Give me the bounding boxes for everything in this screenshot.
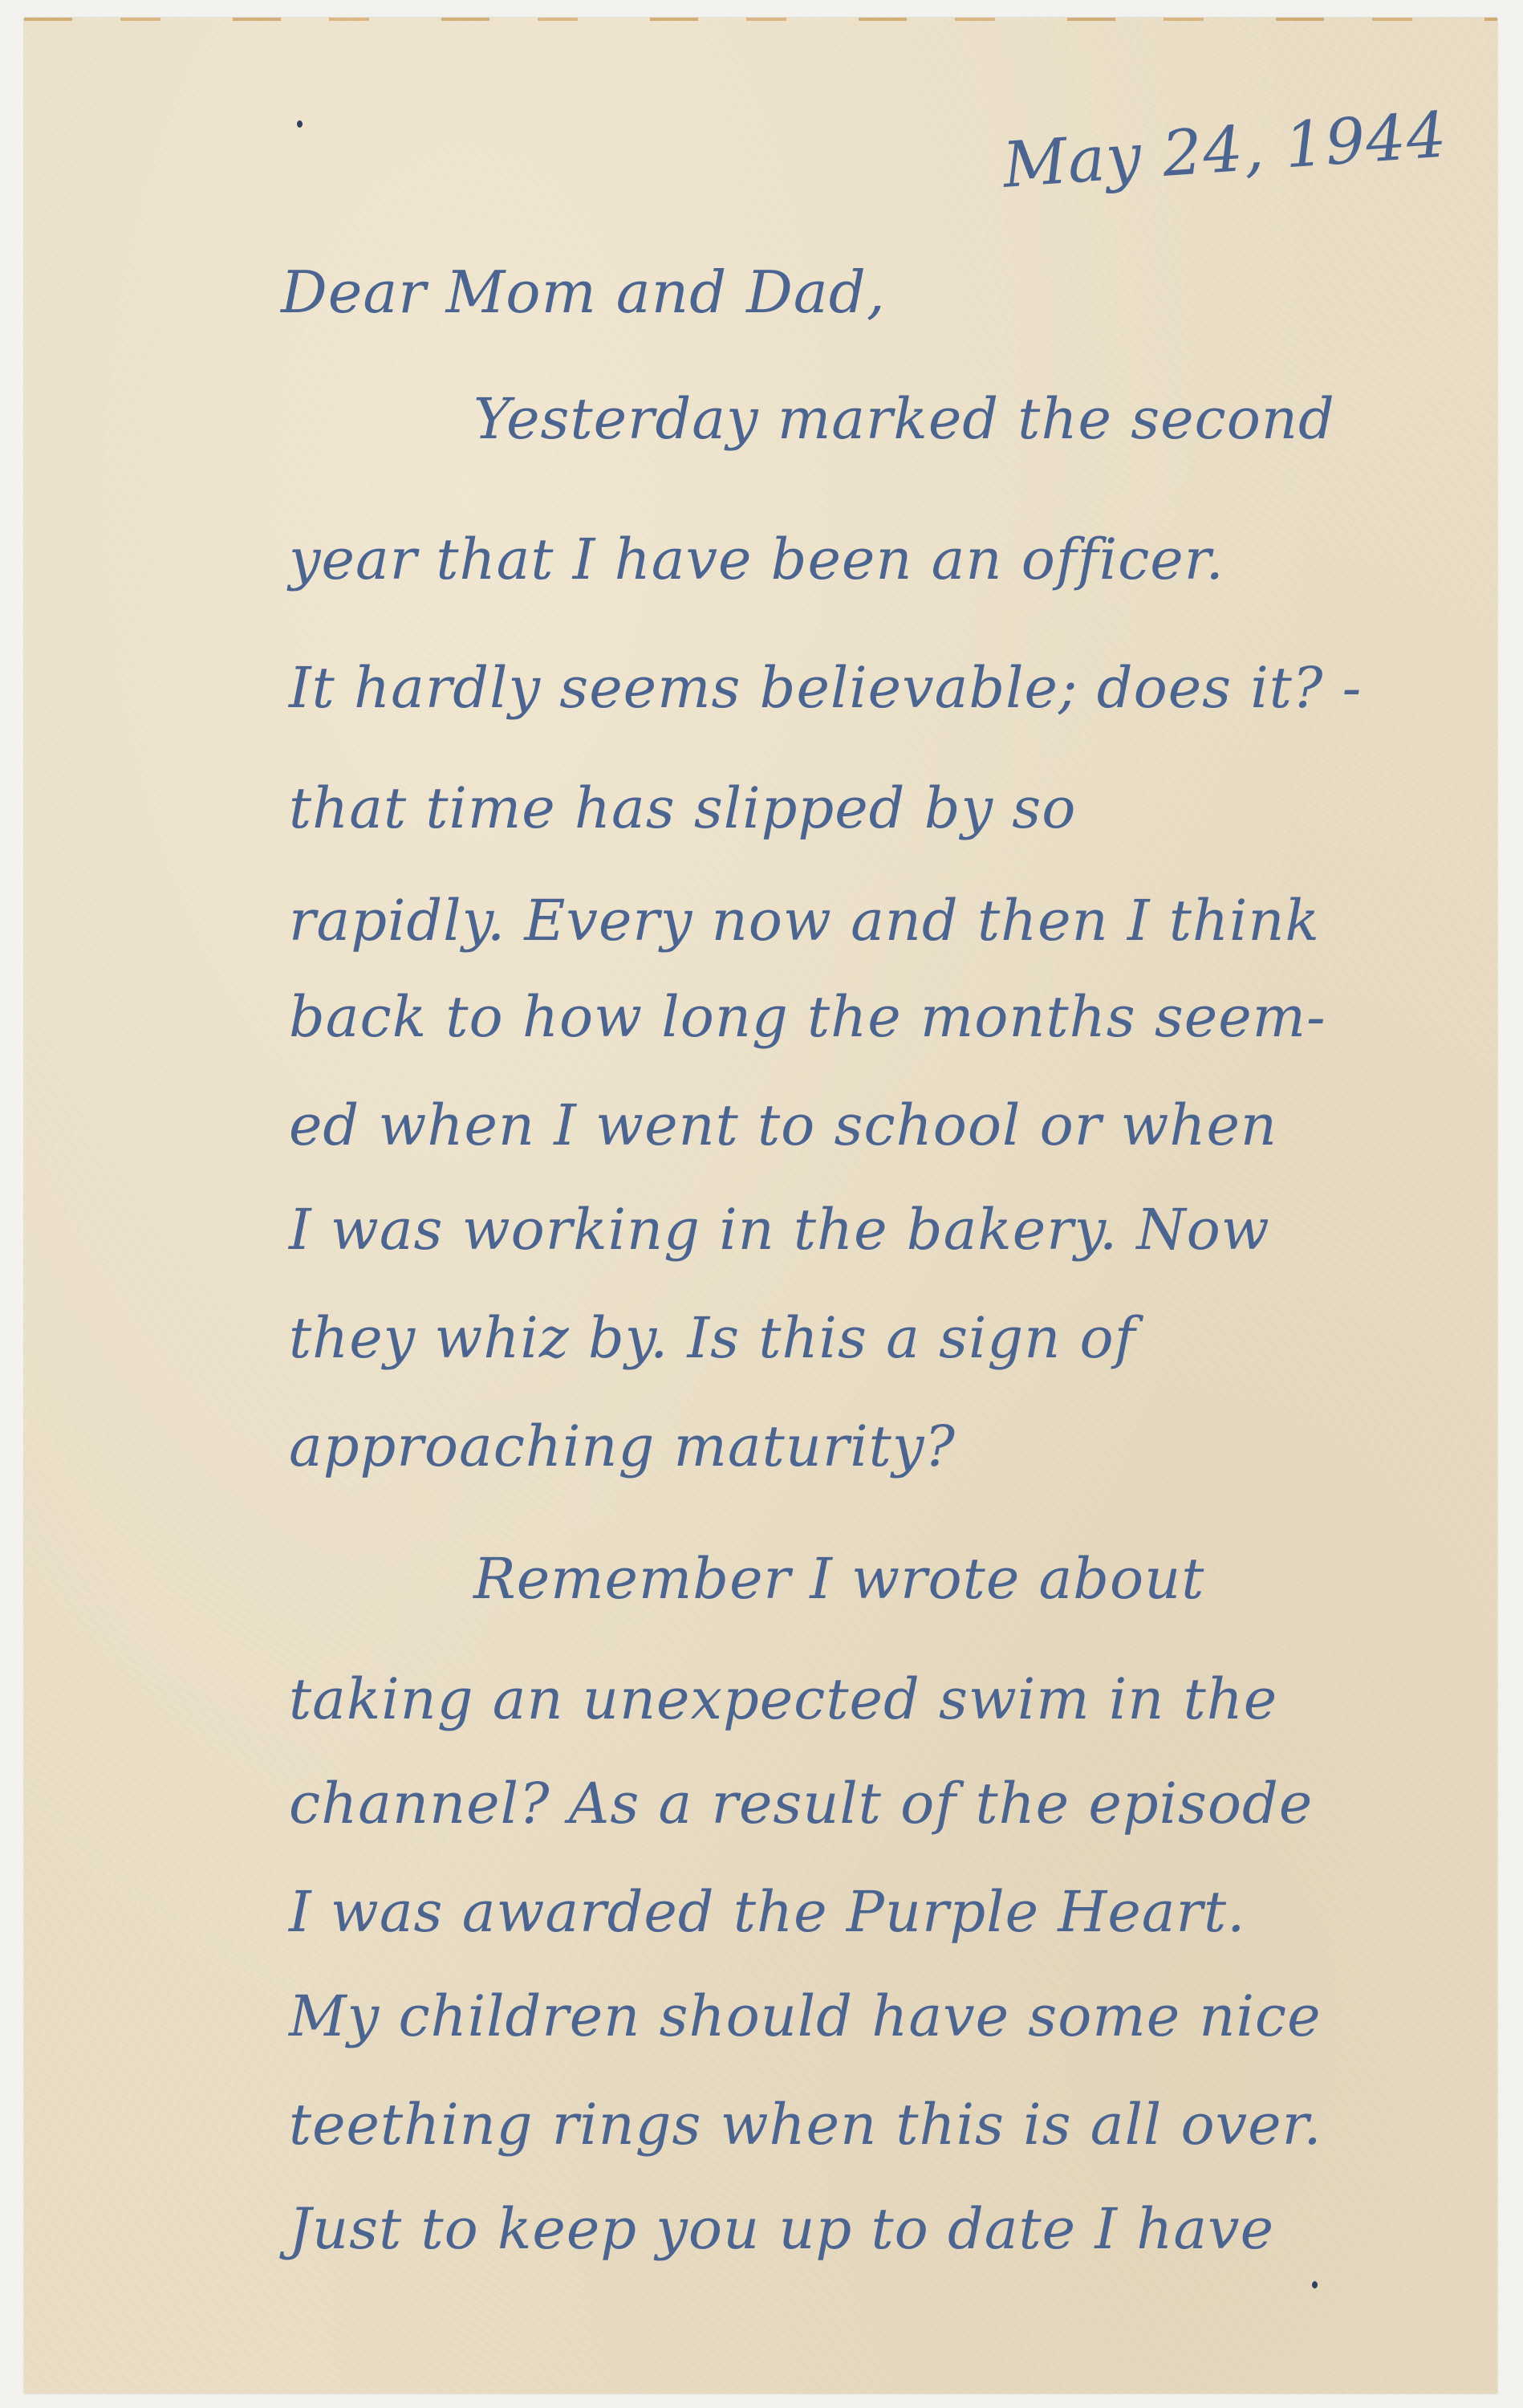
- ink-speck: [297, 120, 303, 128]
- letter-line: taking an unexpected swim in the: [289, 1671, 1277, 1727]
- letter-line: year that I have been an officer.: [289, 531, 1224, 588]
- letter-line: It hardly seems believable; does it? -: [289, 660, 1362, 716]
- letter-line: I was working in the bakery. Now: [289, 1202, 1270, 1258]
- letter-line: My children should have some nice: [289, 1988, 1322, 2044]
- letter-line: they whiz by. Is this a sign of: [289, 1310, 1136, 1366]
- letter-line: approaching maturity?: [289, 1418, 956, 1474]
- letter-salutation: Dear Mom and Dad,: [281, 258, 886, 326]
- letter-line: that time has slipped by so: [289, 780, 1076, 836]
- letter-line: teething rings when this is all over.: [289, 2097, 1322, 2153]
- letter-paper: May 24, 1944 Dear Mom and Dad, Yesterday…: [24, 18, 1497, 2394]
- paper-edge-stain: [24, 18, 1497, 21]
- letter-line: Remember I wrote about: [473, 1551, 1204, 1607]
- letter-date: May 24, 1944: [1001, 99, 1450, 201]
- letter-line: Yesterday marked the second: [473, 391, 1335, 447]
- letter-line: Just to keep you up to date I have: [289, 2201, 1274, 2257]
- letter-line: ed when I went to school or when: [289, 1097, 1277, 1153]
- letter-line: back to how long the months seem-: [289, 989, 1326, 1045]
- letter-line: I was awarded the Purple Heart.: [289, 1884, 1245, 1940]
- letter-line: channel? As a result of the episode: [289, 1775, 1313, 1832]
- ink-speck: [1312, 2281, 1318, 2288]
- letter-line: rapidly. Every now and then I think: [289, 893, 1320, 949]
